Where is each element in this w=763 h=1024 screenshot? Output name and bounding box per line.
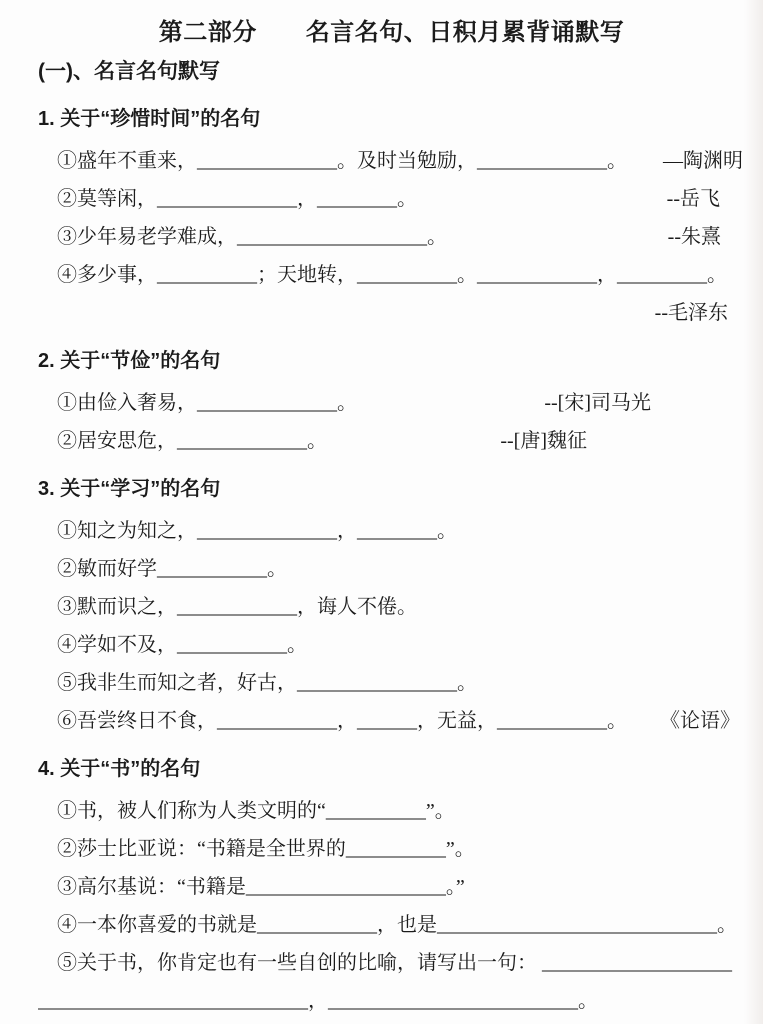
author-attribution: --毛泽东	[655, 294, 728, 332]
quote-section: 1. 关于“珍惜时间”的名句①盛年不重来，______________。及时当勉…	[38, 98, 745, 332]
sections-container: 1. 关于“珍惜时间”的名句①盛年不重来，______________。及时当勉…	[38, 98, 745, 1020]
quote-line: ___________________________，____________…	[38, 982, 745, 1020]
quote-text: ⑤关于书，你肯定也有一些自创的比喻，请写出一句： _______________…	[57, 944, 732, 982]
quote-text: ②莫等闲，______________，________。	[57, 180, 417, 218]
page-subtitle: (一)、名言名句默写	[38, 54, 745, 90]
section-lines: ①书，被人们称为人类文明的“__________”。②莎士比亚说：“书籍是全世界…	[38, 792, 745, 1020]
section-lines: ①由俭入奢易，______________。--[宋]司马光②居安思危，____…	[38, 384, 745, 460]
quote-line: ③默而识之，____________，诲人不倦。	[38, 588, 745, 626]
quote-line: ①书，被人们称为人类文明的“__________”。	[38, 792, 745, 830]
author-attribution: --[唐]魏征	[500, 422, 587, 460]
quote-line: ⑤我非生而知之者，好古，________________。	[38, 664, 745, 702]
quote-line: --毛泽东	[38, 294, 745, 332]
quote-text: ③少年易老学难成，___________________。	[57, 218, 447, 256]
quote-text: ①知之为知之，______________，________。	[57, 512, 457, 550]
quote-line: ②莫等闲，______________，________。--岳飞	[38, 180, 745, 218]
page-title: 第二部分 名言名句、日积月累背诵默写	[38, 14, 745, 52]
quote-text: ②莎士比亚说：“书籍是全世界的__________”。	[57, 830, 475, 868]
quote-text: ①书，被人们称为人类文明的“__________”。	[57, 792, 455, 830]
quote-text: ⑤我非生而知之者，好古，________________。	[57, 664, 477, 702]
author-attribution: —陶渊明	[663, 142, 743, 180]
quote-line: ⑤关于书，你肯定也有一些自创的比喻，请写出一句： _______________…	[38, 944, 745, 982]
quote-line: ①知之为知之，______________，________。	[38, 512, 745, 550]
quote-line: ②居安思危，_____________。--[唐]魏征	[38, 422, 745, 460]
author-attribution: --岳飞	[667, 180, 720, 218]
quote-text: ③默而识之，____________，诲人不倦。	[57, 588, 417, 626]
author-attribution: --朱熹	[668, 218, 721, 256]
quote-line: ③高尔基说：“书籍是____________________。”	[38, 868, 745, 906]
quote-text: ③高尔基说：“书籍是____________________。”	[57, 868, 465, 906]
quote-line: ②敏而好学___________。	[38, 550, 745, 588]
quote-line: ④多少事，__________；天地转，__________。_________…	[38, 256, 745, 294]
worksheet-page: 第二部分 名言名句、日积月累背诵默写 (一)、名言名句默写 1. 关于“珍惜时间…	[0, 0, 763, 1024]
section-heading: 2. 关于“节俭”的名句	[38, 340, 745, 382]
section-heading: 4. 关于“书”的名句	[38, 748, 745, 790]
author-attribution: --[宋]司马光	[544, 384, 651, 422]
author-attribution: 《论语》	[660, 702, 740, 740]
quote-text: ④一本你喜爱的书就是____________，也是_______________…	[57, 906, 737, 944]
quote-line: ①盛年不重来，______________。及时当勉励，____________…	[38, 142, 745, 180]
section-lines: ①知之为知之，______________，________。②敏而好学____…	[38, 512, 745, 740]
quote-text: ④多少事，__________；天地转，__________。_________…	[57, 256, 727, 294]
quote-line: ②莎士比亚说：“书籍是全世界的__________”。	[38, 830, 745, 868]
quote-text: ⑥吾尝终日不食，____________，______，无益，_________…	[57, 702, 627, 740]
quote-text: ④学如不及，___________。	[57, 626, 307, 664]
quote-section: 3. 关于“学习”的名句①知之为知之，______________，______…	[38, 468, 745, 740]
section-lines: ①盛年不重来，______________。及时当勉励，____________…	[38, 142, 745, 332]
quote-line: ①由俭入奢易，______________。--[宋]司马光	[38, 384, 745, 422]
section-heading: 1. 关于“珍惜时间”的名句	[38, 98, 745, 140]
quote-text: ___________________________，____________…	[38, 982, 598, 1020]
section-heading: 3. 关于“学习”的名句	[38, 468, 745, 510]
quote-text: ②敏而好学___________。	[57, 550, 287, 588]
quote-line: ④一本你喜爱的书就是____________，也是_______________…	[38, 906, 745, 944]
quote-section: 4. 关于“书”的名句①书，被人们称为人类文明的“__________”。②莎士…	[38, 748, 745, 1020]
quote-section: 2. 关于“节俭”的名句①由俭入奢易，______________。--[宋]司…	[38, 340, 745, 460]
quote-text: ①由俭入奢易，______________。	[57, 384, 357, 422]
quote-text: ②居安思危，_____________。	[57, 422, 327, 460]
quote-line: ③少年易老学难成，___________________。--朱熹	[38, 218, 745, 256]
quote-text: ①盛年不重来，______________。及时当勉励，____________…	[57, 142, 627, 180]
quote-line: ⑥吾尝终日不食，____________，______，无益，_________…	[38, 702, 745, 740]
quote-line: ④学如不及，___________。	[38, 626, 745, 664]
